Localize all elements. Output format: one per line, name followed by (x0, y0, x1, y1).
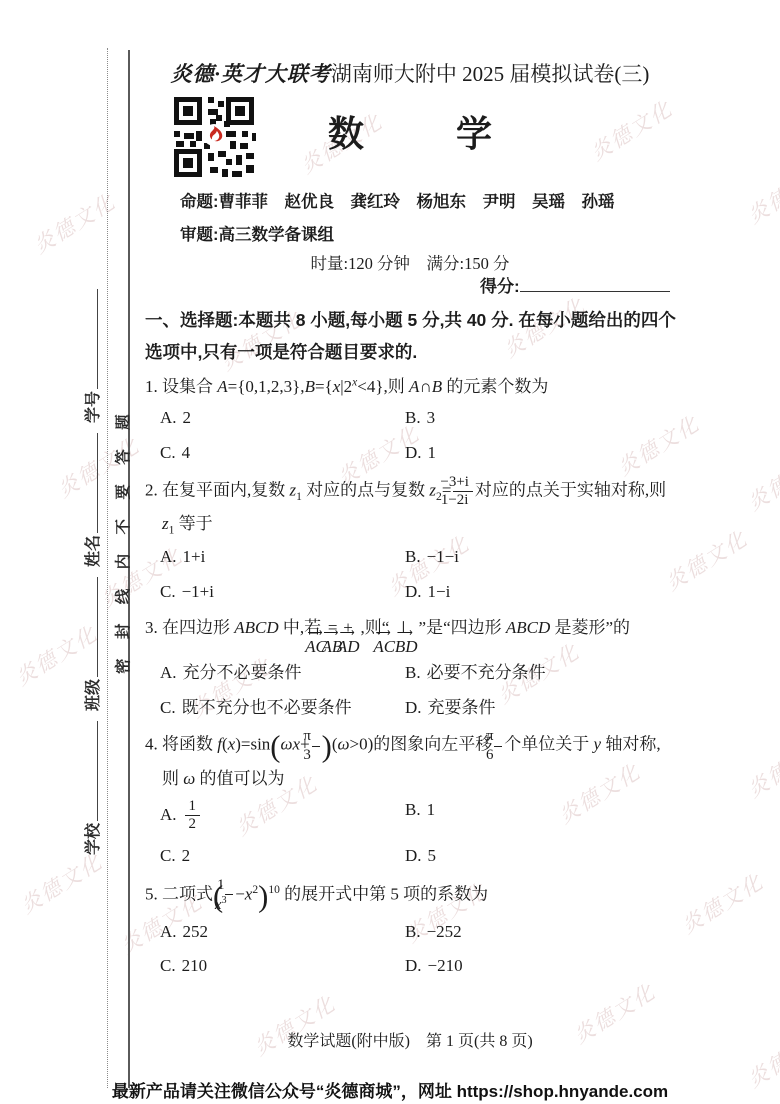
paper-body: 一、选择题:本题共 8 小题,每小题 5 分,共 40 分. 在每小题给出的四个… (145, 305, 677, 987)
option-grid: A.1+iB.−1−iC.−1+iD.1−i (145, 545, 677, 604)
student-field-blank (83, 289, 98, 389)
question-list: 1. 设集合 A={0,1,2,3},B={x|2x<4},则 A∩B 的元素个… (145, 372, 677, 978)
option-label: B. (405, 922, 421, 941)
question-stem: 1. 设集合 A={0,1,2,3},B={x|2x<4},则 A∩B 的元素个… (145, 372, 677, 401)
exam-paper-page: 炎德文化炎德文化炎德文化炎德文化炎德文化炎德文化炎德文化炎德文化炎德文化炎德文化… (0, 0, 780, 1104)
option-item: C.既不充分也不必要条件 (160, 696, 405, 720)
promo-footer: 最新产品请关注微信公众号“炎德商城”，网址 https://shop.hnyan… (0, 1077, 780, 1102)
option-item: C.2 (160, 844, 405, 868)
option-item: D.1 (405, 441, 677, 465)
watermark-text: 炎德文化 (741, 443, 780, 517)
option-label: D. (405, 846, 422, 865)
option-item: C.4 (160, 441, 405, 465)
student-field-label: 学号 (85, 391, 102, 423)
option-grid: A.充分不必要条件B.必要不充分条件C.既不充分也不必要条件D.充要条件 (145, 661, 677, 720)
question-block: 4. 将函数 f(x)=sin(ωx+π3)(ω>0)的图象向左平移π6个单位关… (145, 728, 677, 868)
option-label: A. (160, 547, 177, 566)
subject-char-2: 学 (456, 106, 492, 157)
question-block: 3. 在四边形 ABCD 中,若⟶AC=⟶AB+⟶AD,则“⟶AC⊥⟶BD”是“… (145, 613, 677, 719)
option-item: C.210 (160, 954, 405, 978)
subject-title: 数 学 (145, 106, 675, 157)
option-item: A.252 (160, 920, 405, 944)
exam-title: 湖南师大附中 2025 届模拟试卷(三) (331, 62, 650, 86)
option-grid: A.252B.−252C.210D.−210 (145, 920, 677, 979)
student-field: 班级 (80, 577, 103, 711)
option-label: B. (405, 800, 421, 819)
score-label: 得分: (480, 277, 520, 296)
question-stem: 2. 在复平面内,复数 z1 对应的点与复数 z2=−3+i1−2i对应的点关于… (145, 474, 677, 541)
option-item: B.必要不充分条件 (405, 661, 677, 685)
seal-line-text: 密封线内不要答题 (111, 382, 129, 674)
question-stem: 3. 在四边形 ABCD 中,若⟶AC=⟶AB+⟶AD,则“⟶AC⊥⟶BD”是“… (145, 613, 677, 656)
option-label: C. (160, 956, 176, 975)
exam-brand: 炎德·英才大联考 (171, 62, 331, 86)
option-label: B. (405, 663, 421, 682)
student-field-blank (83, 721, 98, 821)
option-label: A. (160, 663, 177, 682)
option-item: B.−252 (405, 920, 677, 944)
option-item: B.3 (405, 406, 677, 430)
option-item: A.充分不必要条件 (160, 661, 405, 685)
score-line: 得分: (480, 272, 670, 297)
option-label: D. (405, 956, 422, 975)
binding-dotted-line (107, 48, 108, 1088)
option-label: C. (160, 443, 176, 462)
option-label: C. (160, 698, 176, 717)
section-title: 一、选择题:本题共 8 小题,每小题 5 分,共 40 分. 在每小题给出的四个… (145, 305, 677, 368)
watermark-text: 炎德文化 (14, 846, 108, 920)
watermark-text: 炎德文化 (675, 866, 769, 940)
setters-line: 命题:曹菲菲 赵优良 龚红玲 杨旭东 尹明 吴瑶 孙瑶 (180, 188, 615, 212)
duration-line: 时量:120 分钟 满分:150 分 (145, 250, 675, 274)
option-label: C. (160, 582, 176, 601)
option-label: D. (405, 698, 422, 717)
watermark-text: 炎德文化 (741, 730, 780, 804)
option-grid: A.12B.1C.2D.5 (145, 798, 677, 868)
option-label: B. (405, 547, 421, 566)
student-field-label: 学校 (85, 823, 102, 855)
question-block: 1. 设集合 A={0,1,2,3},B={x|2x<4},则 A∩B 的元素个… (145, 372, 677, 465)
reviewers-line: 审题:高三数学备课组 (180, 221, 334, 245)
exam-header-title: 炎德·英才大联考湖南师大附中 2025 届模拟试卷(三) (140, 58, 680, 88)
question-block: 5. 二项式(1x3−x2)10 的展开式中第 5 项的系数为A.252B.−2… (145, 877, 677, 978)
option-label: A. (160, 922, 177, 941)
option-grid: A.2B.3C.4D.1 (145, 406, 677, 465)
student-field-label: 姓名 (85, 535, 102, 567)
option-item: A.2 (160, 406, 405, 430)
option-label: A. (160, 805, 177, 824)
option-item: D.充要条件 (405, 696, 677, 720)
student-field-label: 班级 (85, 679, 102, 711)
question-stem: 5. 二项式(1x3−x2)10 的展开式中第 5 项的系数为 (145, 877, 677, 914)
option-label: D. (405, 443, 422, 462)
option-item: D.5 (405, 844, 677, 868)
option-item: A.12 (160, 798, 405, 833)
question-stem: 4. 将函数 f(x)=sin(ωx+π3)(ω>0)的图象向左平移π6个单位关… (145, 728, 677, 793)
page-footer: 数学试题(附中版) 第 1 页(共 8 页) (145, 1028, 675, 1051)
student-field: 姓名 (80, 433, 103, 567)
option-item: B.1 (405, 798, 677, 833)
student-info-fields: 学校班级姓名学号 (80, 190, 102, 855)
option-item: C.−1+i (160, 580, 405, 604)
option-item: A.1+i (160, 545, 405, 569)
option-label: B. (405, 408, 421, 427)
option-item: D.1−i (405, 580, 677, 604)
student-field: 学校 (80, 721, 103, 855)
student-field: 学号 (80, 289, 103, 423)
option-label: C. (160, 846, 176, 865)
option-label: D. (405, 582, 422, 601)
option-item: D.−210 (405, 954, 677, 978)
option-label: A. (160, 408, 177, 427)
student-field-blank (83, 577, 98, 677)
seal-line-label: 密封线内不要答题 (111, 382, 129, 674)
option-item: B.−1−i (405, 545, 677, 569)
watermark-text: 炎德文化 (741, 156, 780, 230)
question-block: 2. 在复平面内,复数 z1 对应的点与复数 z2=−3+i1−2i对应的点关于… (145, 474, 677, 604)
subject-char-1: 数 (328, 106, 364, 157)
student-field-blank (83, 433, 98, 533)
score-blank (520, 276, 670, 292)
